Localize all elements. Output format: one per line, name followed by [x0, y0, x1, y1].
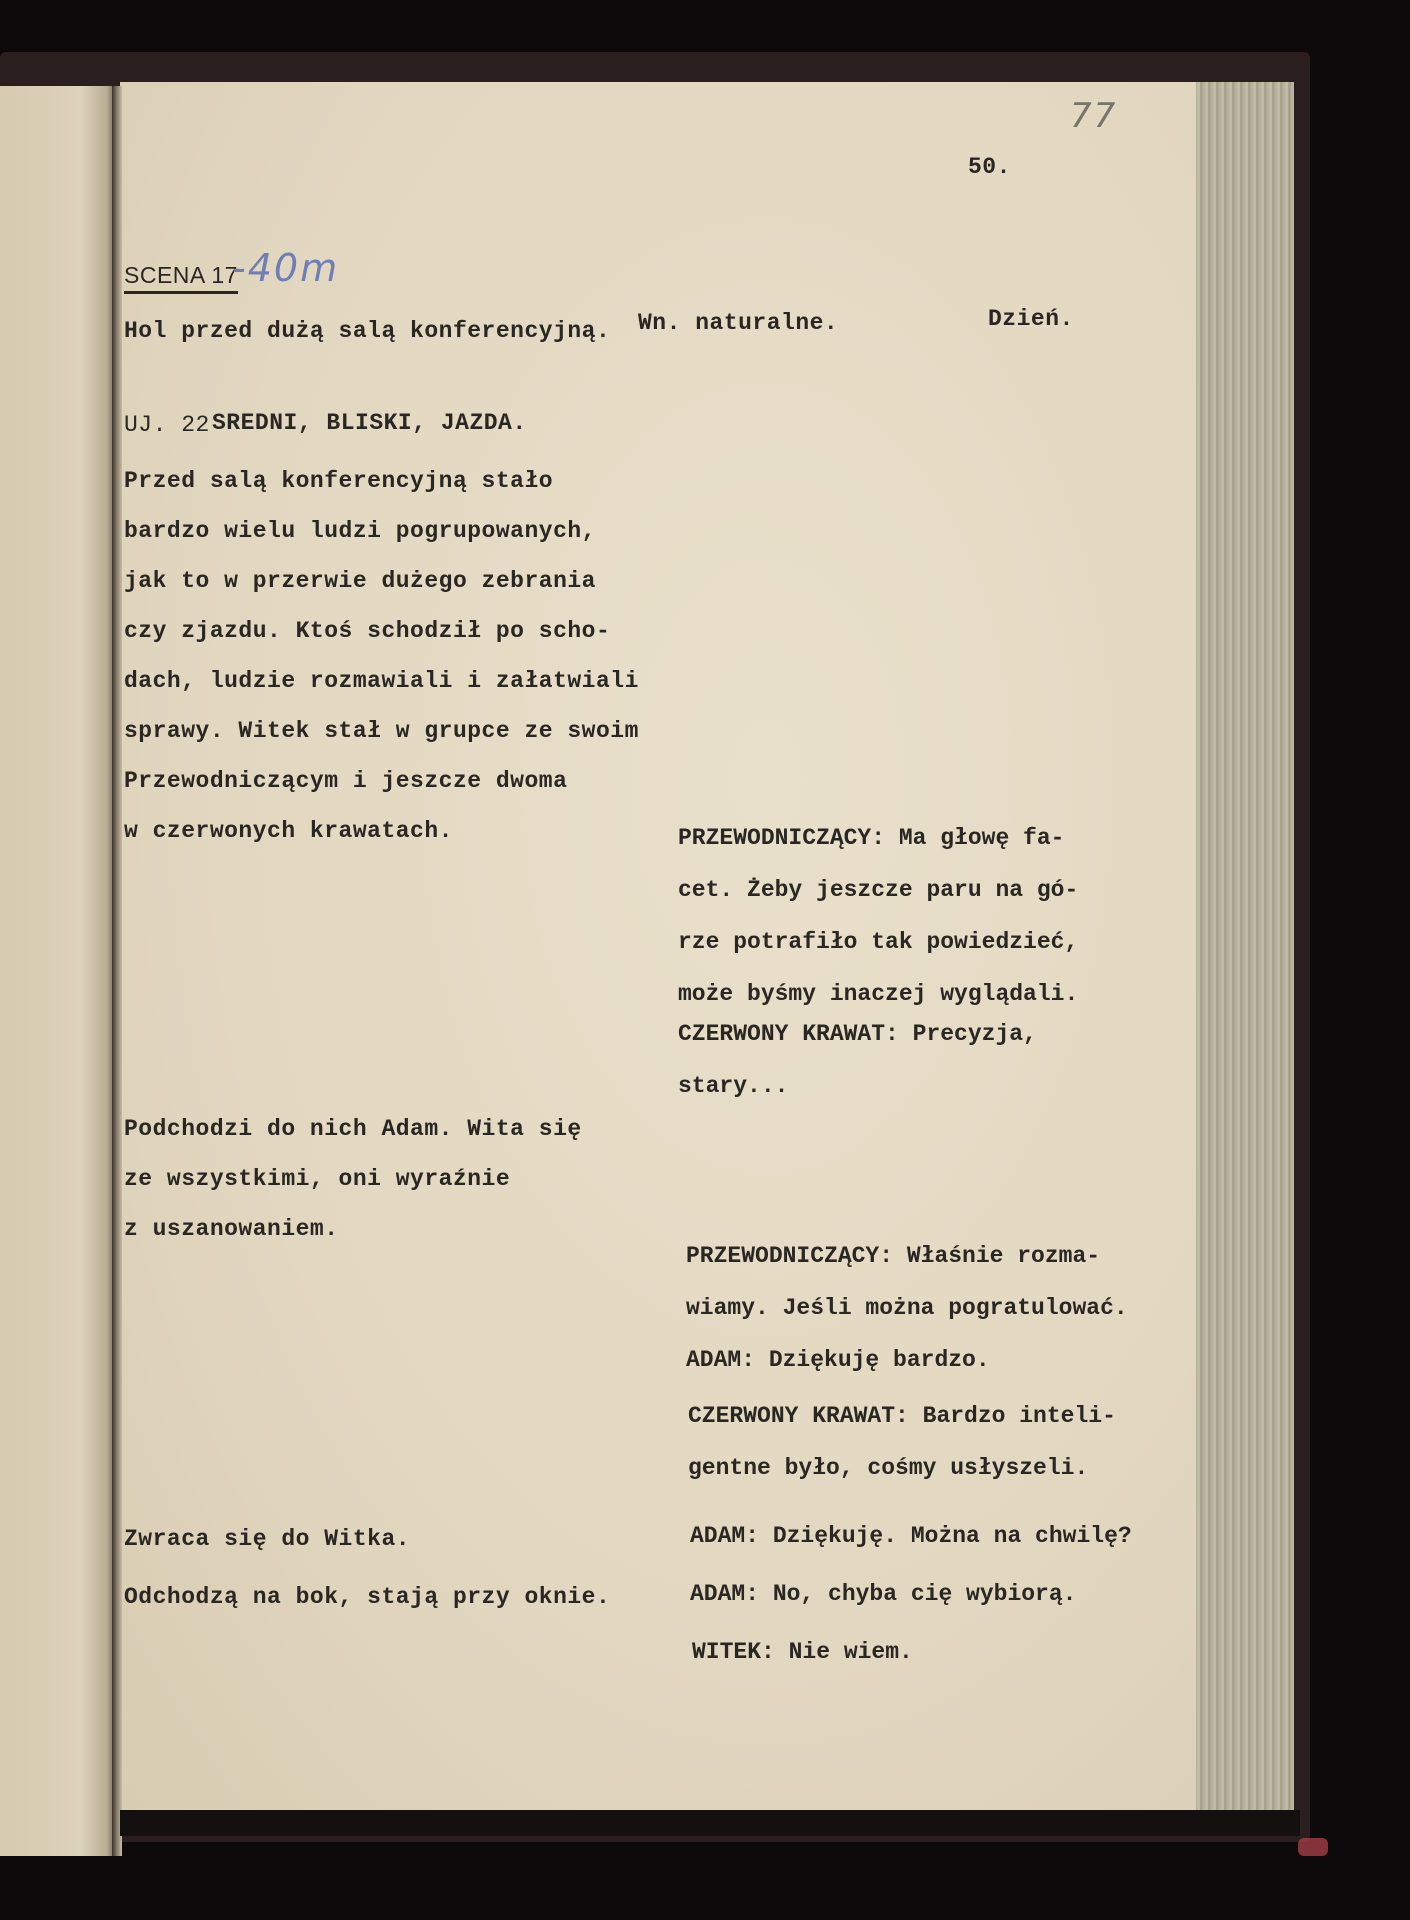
- dialogue-adam-3: ADAM: No, chyba cię wybiorą.: [690, 1568, 1076, 1620]
- action-line: sprawy. Witek stał w grupce ze swoim: [124, 706, 639, 756]
- dialogue-line: CZERWONY KRAWAT: Precyzja,: [678, 1008, 1037, 1060]
- left-page: [0, 86, 116, 1856]
- dialogue-line: CZERWONY KRAWAT: Bardzo inteli-: [688, 1390, 1116, 1442]
- action-block-1: Przed salą konferencyjną stało bardzo wi…: [124, 456, 639, 856]
- action-line: ze wszystkimi, oni wyraźnie: [124, 1154, 582, 1204]
- dialogue-line: PRZEWODNICZĄCY: Właśnie rozma-: [686, 1230, 1128, 1282]
- scene-label: SCENA 17: [124, 262, 238, 294]
- dialogue-witek-1: WITEK: Nie wiem.: [692, 1626, 913, 1678]
- action-line: z uszanowaniem.: [124, 1204, 582, 1254]
- dialogue-line: ADAM: Dziękuję bardzo.: [686, 1334, 990, 1386]
- dialogue-przewodniczacy-2: PRZEWODNICZĄCY: Właśnie rozma- wiamy. Je…: [686, 1230, 1128, 1334]
- book-gutter: [112, 86, 122, 1856]
- action-line: czy zjazdu. Ktoś schodził po scho-: [124, 606, 639, 656]
- page-number: 50.: [968, 154, 1011, 180]
- action-line: Przed salą konferencyjną stało: [124, 456, 639, 506]
- dialogue-adam-1: ADAM: Dziękuję bardzo.: [686, 1334, 990, 1386]
- shot-type: SREDNI, BLISKI, JAZDA.: [212, 410, 527, 436]
- dialogue-adam-2: ADAM: Dziękuję. Można na chwilę?: [690, 1510, 1132, 1562]
- corner-mark: [1298, 1838, 1328, 1856]
- dialogue-line: PRZEWODNICZĄCY: Ma głowę fa-: [678, 812, 1078, 864]
- archive-number: 77: [1070, 96, 1117, 136]
- dialogue-line: cet. Żeby jeszcze paru na gó-: [678, 864, 1078, 916]
- action-line: Przewodniczącym i jeszcze dwoma: [124, 756, 639, 806]
- dialogue-czerwony-krawat-2: CZERWONY KRAWAT: Bardzo inteli- gentne b…: [688, 1390, 1116, 1494]
- action-line: dach, ludzie rozmawiali i załatwiali: [124, 656, 639, 706]
- action-line: Podchodzi do nich Adam. Wita się: [124, 1104, 582, 1154]
- dialogue-line: stary...: [678, 1060, 1037, 1112]
- action-line-3: Zwraca się do Witka.: [124, 1526, 410, 1552]
- page-edges: [1196, 82, 1294, 1822]
- dialogue-line: ADAM: Dziękuję. Można na chwilę?: [690, 1510, 1132, 1562]
- dialogue-line: ADAM: No, chyba cię wybiorą.: [690, 1568, 1076, 1620]
- dialogue-line: gentne było, cośmy usłyszeli.: [688, 1442, 1116, 1494]
- action-line: bardzo wielu ludzi pogrupowanych,: [124, 506, 639, 556]
- scene-time: Dzień.: [988, 306, 1074, 332]
- handwritten-duration: -40m: [232, 246, 339, 290]
- action-line: w czerwonych krawatach.: [124, 806, 639, 856]
- scene-location: Hol przed dużą salą konferencyjną.: [124, 318, 610, 344]
- shot-label: UJ. 22: [124, 412, 210, 438]
- dialogue-przewodniczacy-1: PRZEWODNICZĄCY: Ma głowę fa- cet. Żeby j…: [678, 812, 1078, 1020]
- dialogue-line: WITEK: Nie wiem.: [692, 1626, 913, 1678]
- action-line: jak to w przerwie dużego zebrania: [124, 556, 639, 606]
- scene-setting: Wn. naturalne.: [638, 310, 838, 336]
- dialogue-line: wiamy. Jeśli można pogratulować.: [686, 1282, 1128, 1334]
- action-line-4: Odchodzą na bok, stają przy oknie.: [124, 1584, 610, 1610]
- action-block-2: Podchodzi do nich Adam. Wita się ze wszy…: [124, 1104, 582, 1254]
- bottom-cover-edge: [120, 1810, 1300, 1836]
- dialogue-czerwony-krawat-1: CZERWONY KRAWAT: Precyzja, stary...: [678, 1008, 1037, 1112]
- dialogue-line: rze potrafiło tak powiedzieć,: [678, 916, 1078, 968]
